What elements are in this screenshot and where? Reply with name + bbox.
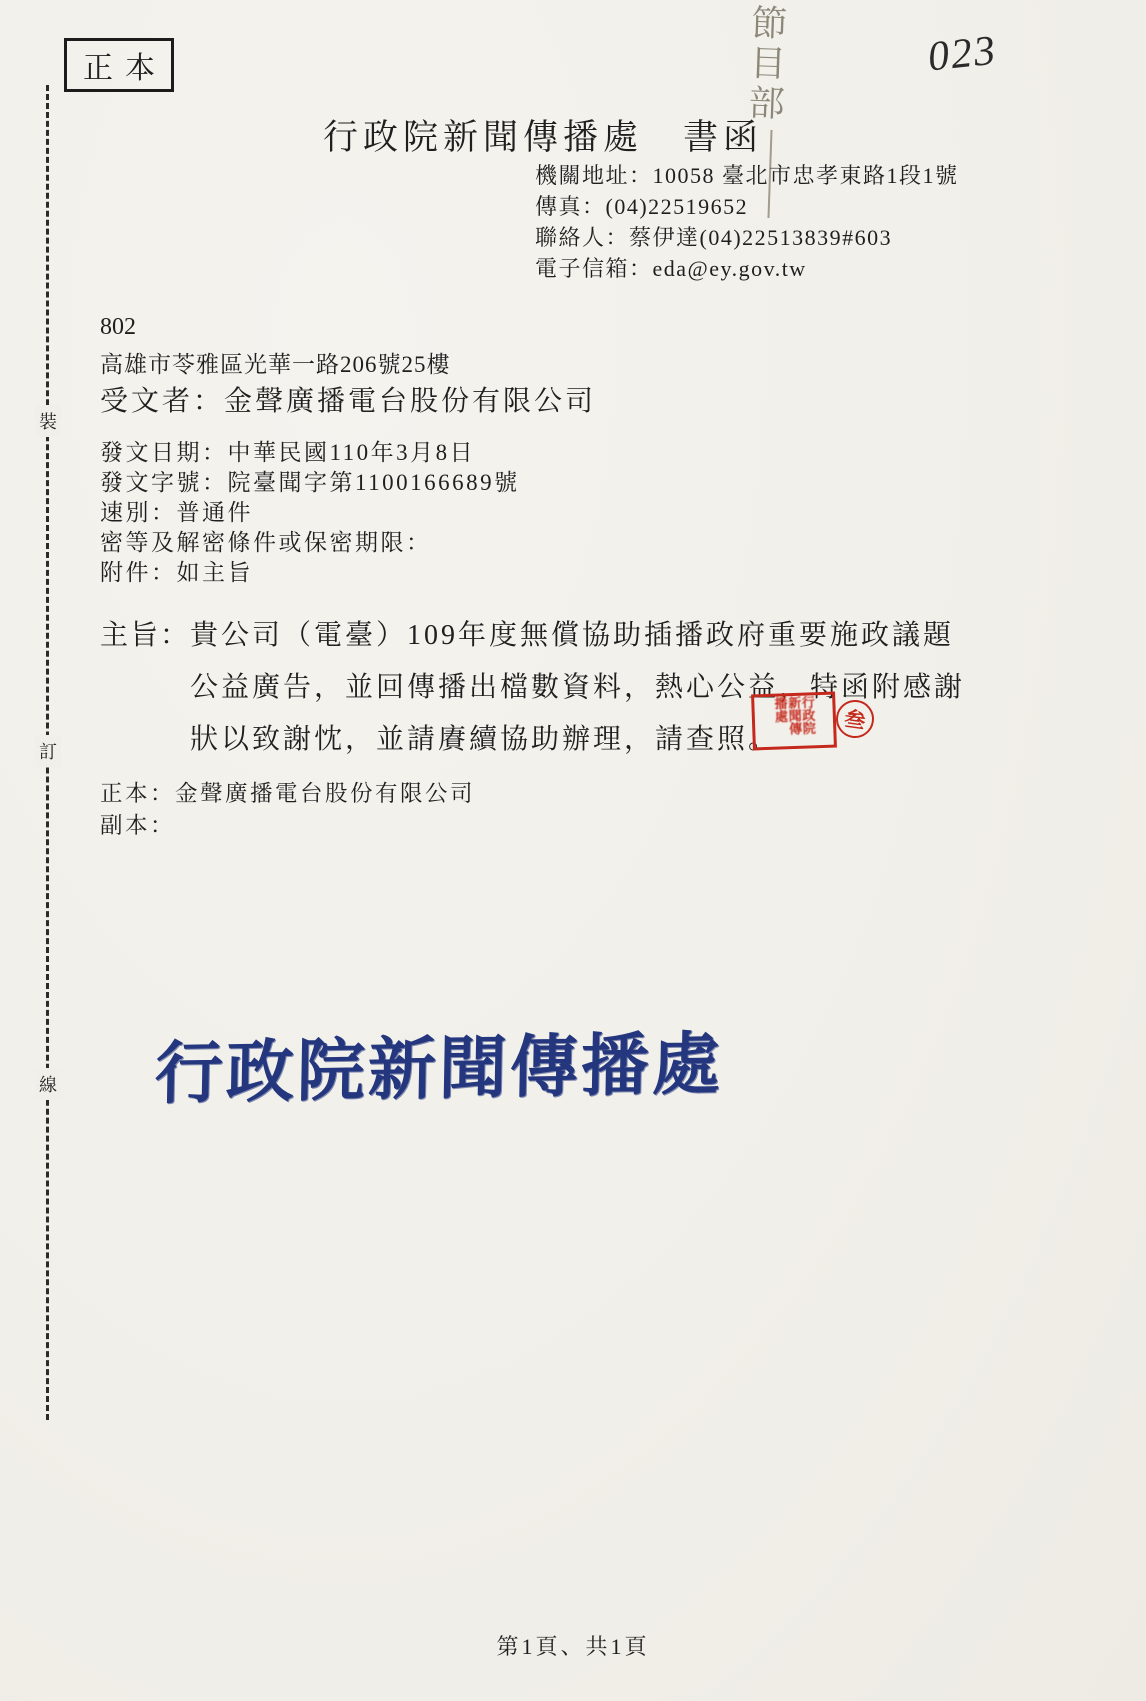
binding-mark-zhuang: 裝 <box>35 405 61 437</box>
agency-contact-block: 機關地址：10058 臺北市忠孝東路1段1號 傳真：(04)22519652 聯… <box>535 160 959 284</box>
issue-date-line: 發文日期：中華民國110年3月8日 <box>100 438 520 468</box>
binding-mark-ding: 訂 <box>35 735 61 767</box>
recipient-postal-code: 802 <box>100 314 136 341</box>
page-number-footer: 第1頁、共1頁 <box>0 1630 1146 1661</box>
handwritten-number-note: 023 <box>926 27 1000 82</box>
document-title: 行政院新聞傳播處 書函 <box>323 110 763 160</box>
official-seal-text: 行政院新聞傳播處 <box>773 695 816 746</box>
binding-mark-xian: 線 <box>35 1068 61 1100</box>
recipient-line: 受文者：金聲廣播電台股份有限公司 <box>100 379 596 419</box>
priority-line: 速別：普通件 <box>100 498 520 528</box>
document-meta-block: 發文日期：中華民國110年3月8日 發文字號：院臺聞字第1100166689號 … <box>100 438 520 588</box>
attachment-line: 附件：如主旨 <box>100 558 520 588</box>
scanned-letter-page: 裝 訂 線 正本 節目部 023 行政院新聞傳播處 書函 機關地址：10058 … <box>0 0 1146 1701</box>
agency-email-line: 電子信箱：eda@ey.gov.tw <box>535 253 959 284</box>
agency-address-line: 機關地址：10058 臺北市忠孝東路1段1號 <box>535 160 959 191</box>
official-seal-stamp: 行政院新聞傳播處 <box>751 692 837 751</box>
subject-line-3: 狀以致謝忱，並請賡續協助辦理，請查照。 <box>190 717 779 757</box>
recipient-address: 高雄市苓雅區光華一路206號25樓 <box>100 346 451 379</box>
classification-line: 密等及解密條件或保密期限： <box>100 528 520 558</box>
agency-signature-calligraphy: 行政院新聞傳播處 <box>154 1010 724 1117</box>
distribution-copy-line: 副本： <box>100 808 175 840</box>
copy-type-stamp: 正本 <box>64 38 174 92</box>
agency-fax-line: 傳真：(04)22519652 <box>535 191 959 222</box>
subject-line-1: 貴公司（電臺）109年度無償協助插播政府重要施政議題 <box>190 613 954 653</box>
subject-label: 主旨： <box>100 613 190 653</box>
subject-line-2: 公益廣告，並回傳播出檔數資料，熱心公益，特函附感謝 <box>190 665 965 705</box>
distribution-original-line: 正本：金聲廣播電台股份有限公司 <box>100 776 475 808</box>
reference-number-line: 發文字號：院臺聞字第1100166689號 <box>100 468 520 498</box>
agency-contact-person-line: 聯絡人：蔡伊達(04)22513839#603 <box>535 222 959 253</box>
